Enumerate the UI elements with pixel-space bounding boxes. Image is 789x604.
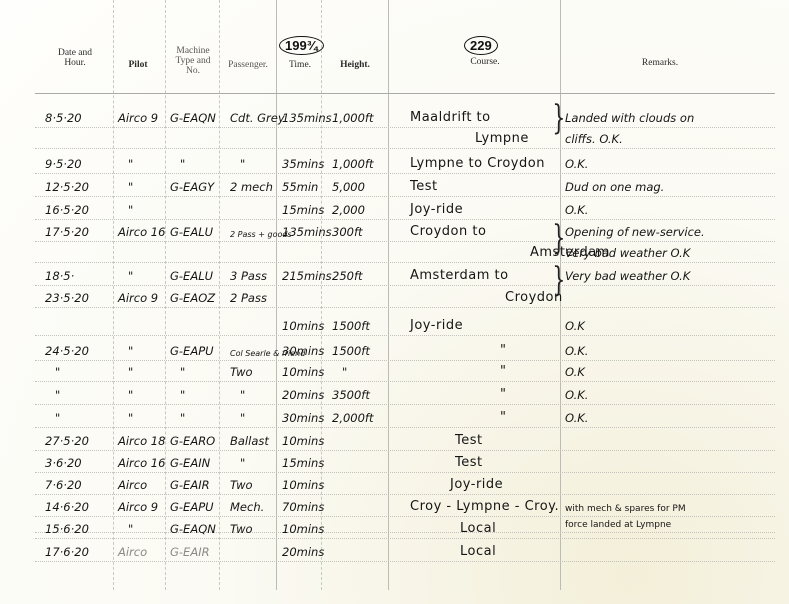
cell-pilot: Airco 9 xyxy=(118,111,158,125)
logbook-page: Date and Hour. Pilot Machine Type and No… xyxy=(0,0,789,604)
cell-time: 10mins xyxy=(282,365,324,379)
cell-passenger: 2 Pass xyxy=(230,291,267,305)
cell-pilot: " xyxy=(128,344,133,358)
cell-remarks: O.K. xyxy=(565,388,588,402)
cell-machine: G-EAQN xyxy=(170,111,216,125)
cell-remarks: Very bad weather O.K xyxy=(565,269,690,283)
header-date: Date and Hour. xyxy=(52,48,98,68)
cell-course: Test xyxy=(410,179,438,194)
cell-height: 2,000 xyxy=(332,203,365,217)
table-row: 8·5·20Airco 9G-EAQNCdt. Grey135mins1,000… xyxy=(35,107,775,128)
cell-height: 250ft xyxy=(332,269,363,283)
cell-time: 35mins xyxy=(282,157,324,171)
cell-course: Lympne xyxy=(475,131,529,146)
cell-course: Joy-ride xyxy=(450,477,503,492)
cell-remarks: O.K. xyxy=(565,203,588,217)
cell-machine: " xyxy=(180,411,185,425)
header-time: Time. xyxy=(280,60,320,70)
cell-pilot: " xyxy=(128,411,133,425)
cell-pilot: Airco 16 xyxy=(118,225,165,239)
cell-pilot: " xyxy=(128,269,133,283)
cell-date: 16·5·20 xyxy=(45,203,89,217)
cell-height: 5,000 xyxy=(332,180,365,194)
header-course: Course. xyxy=(455,57,515,67)
cell-passenger: Ballast xyxy=(230,434,269,448)
cell-remarks: O.K. xyxy=(565,344,588,358)
cell-pilot: Airco 9 xyxy=(118,291,158,305)
cell-time: 30mins xyxy=(282,344,324,358)
cell-course: Test xyxy=(455,455,483,470)
cell-machine: G-EAPU xyxy=(170,344,214,358)
cell-pilot: " xyxy=(128,388,133,402)
table-row: """Two10mins""O.K xyxy=(35,361,775,382)
cell-date: 3·6·20 xyxy=(45,456,82,470)
circled-time-total: 199¾ xyxy=(279,36,324,55)
cell-remarks: Dud on one mag. xyxy=(565,180,664,194)
header-rule xyxy=(35,93,775,94)
table-row: 9·5·20"""35mins1,000ftLympne to CroydonO… xyxy=(35,153,775,174)
cell-passenger: Cdt. Grey xyxy=(230,111,285,125)
cell-pilot: " xyxy=(128,522,133,536)
cell-remarks: Opening of new-service. xyxy=(565,225,705,239)
cell-pilot: Airco 18 xyxy=(118,434,165,448)
cell-passenger: 2 mech xyxy=(230,180,273,194)
table-row: 15·6·20"G-EAQNTwo10minsLocal xyxy=(35,518,775,539)
cell-course: Maaldrift to xyxy=(410,110,491,125)
cell-date: 24·5·20 xyxy=(45,344,89,358)
cell-machine: " xyxy=(180,157,185,171)
cell-height: 1500ft xyxy=(332,319,370,333)
cell-height: 2,000ft xyxy=(332,411,373,425)
cell-remarks: O.K. xyxy=(565,157,588,171)
cell-date: 23·5·20 xyxy=(45,291,89,305)
cell-time: 215mins xyxy=(282,269,332,283)
cell-remarks: O.K xyxy=(565,365,585,379)
cell-date: 12·5·20 xyxy=(45,180,89,194)
cell-time: 55min xyxy=(282,180,318,194)
cell-machine: G-EALU xyxy=(170,269,213,283)
cell-machine: G-EAIN xyxy=(170,456,210,470)
brace-icon: } xyxy=(552,221,565,255)
cell-course: " xyxy=(500,343,506,358)
cell-date: 17·6·20 xyxy=(45,545,89,559)
table-row: 24·5·20"G-EAPUCol Searle & friend30mins1… xyxy=(35,340,775,361)
cell-passenger: " xyxy=(240,157,245,171)
cell-course: Lympne to Croydon xyxy=(410,156,545,171)
cell-height: " xyxy=(342,365,347,379)
cell-date: 17·5·20 xyxy=(45,225,89,239)
header-machine: Machine Type and No. xyxy=(168,46,218,76)
cell-machine: " xyxy=(180,365,185,379)
cell-course: Joy-ride xyxy=(410,202,463,217)
cell-date: 18·5· xyxy=(45,269,74,283)
table-row: """"30mins2,000ft"O.K. xyxy=(35,407,775,428)
cell-remarks: Landed with clouds on xyxy=(565,111,694,125)
brace-icon: } xyxy=(552,101,565,135)
cell-time: 10mins xyxy=(282,478,324,492)
table-row: AmsterdamVery bad weather O.K xyxy=(35,242,775,263)
table-row: 27·5·20Airco 18G-EAROBallast10minsTest xyxy=(35,430,775,451)
cell-machine: G-EAOZ xyxy=(170,291,215,305)
cell-course: Joy-ride xyxy=(410,318,463,333)
cell-date: " xyxy=(55,411,60,425)
table-row: 23·5·20Airco 9G-EAOZ2 PassCroydon xyxy=(35,287,775,308)
cell-remarks: cliffs. O.K. xyxy=(565,132,623,146)
cell-passenger: " xyxy=(240,411,245,425)
table-row: 17·6·20AircoG-EAIR20minsLocal xyxy=(35,541,775,562)
cell-height: 300ft xyxy=(332,225,363,239)
table-row: 18·5·"G-EALU3 Pass215mins250ftAmsterdam … xyxy=(35,265,775,286)
cell-machine: G-EAIR xyxy=(170,478,210,492)
cell-pilot: Airco xyxy=(118,478,147,492)
cell-date: 9·5·20 xyxy=(45,157,82,171)
header-pilot: Pilot xyxy=(118,60,158,70)
cell-time: 20mins xyxy=(282,545,324,559)
cell-course: " xyxy=(500,410,506,425)
table-row: 10mins1500ftJoy-rideO.K xyxy=(35,315,775,336)
cell-time: 30mins xyxy=(282,411,324,425)
cell-time: 135mins xyxy=(282,111,332,125)
cell-course: Local xyxy=(460,521,496,536)
brace-icon: } xyxy=(552,263,565,297)
cell-machine: G-EARO xyxy=(170,434,215,448)
table-row: 16·5·20"15mins2,000Joy-rideO.K. xyxy=(35,199,775,220)
cell-course: Local xyxy=(460,544,496,559)
circled-course-total: 229 xyxy=(464,36,498,55)
table-row: 12·5·20"G-EAGY2 mech55min5,000TestDud on… xyxy=(35,176,775,197)
table-row: Lympnecliffs. O.K. xyxy=(35,128,775,149)
cell-passenger: " xyxy=(240,388,245,402)
cell-pilot: " xyxy=(128,157,133,171)
cell-course: " xyxy=(500,387,506,402)
cell-time: 135mins xyxy=(282,225,332,239)
cell-height: 1,000ft xyxy=(332,157,373,171)
cell-machine: G-EAGY xyxy=(170,180,214,194)
cell-time: 15mins xyxy=(282,456,324,470)
header-remarks: Remarks. xyxy=(620,58,700,68)
cell-machine: " xyxy=(180,388,185,402)
cell-date: " xyxy=(55,388,60,402)
cell-pilot: " xyxy=(128,180,133,194)
cell-machine: G-EAQN xyxy=(170,522,216,536)
cell-time: 10mins xyxy=(282,434,324,448)
cell-pilot: Airco 16 xyxy=(118,456,165,470)
cell-date: 27·5·20 xyxy=(45,434,89,448)
cell-time: 15mins xyxy=(282,203,324,217)
cell-date: " xyxy=(55,365,60,379)
cell-height: 1,000ft xyxy=(332,111,373,125)
cell-remarks: Very bad weather O.K xyxy=(565,246,690,260)
table-row: 3·6·20Airco 16G-EAIN"15minsTest xyxy=(35,452,775,473)
cell-machine: G-EAIR xyxy=(170,545,210,559)
cell-pilot: Airco xyxy=(118,545,147,559)
cell-course: Amsterdam to xyxy=(410,268,509,283)
header-passenger: Passenger. xyxy=(220,60,276,70)
cell-pilot: " xyxy=(128,365,133,379)
cell-date: 15·6·20 xyxy=(45,522,89,536)
cell-pilot: " xyxy=(128,203,133,217)
cell-course: Croydon to xyxy=(410,224,486,239)
cell-course: " xyxy=(500,364,506,379)
cell-time: 10mins xyxy=(282,319,324,333)
table-row: """"20mins3500ft"O.K. xyxy=(35,384,775,405)
cell-date: 8·5·20 xyxy=(45,111,82,125)
cell-remarks: O.K. xyxy=(565,411,588,425)
cell-time: 20mins xyxy=(282,388,324,402)
cell-remarks: O.K xyxy=(565,319,585,333)
table-row: 17·5·20Airco 16G-EALU2 Pass + goods135mi… xyxy=(35,221,775,242)
cell-course: Test xyxy=(455,433,483,448)
cell-passenger: " xyxy=(240,456,245,470)
cell-height: 1500ft xyxy=(332,344,370,358)
cell-passenger: Two xyxy=(230,522,253,536)
cell-passenger: Two xyxy=(230,478,253,492)
cell-time: 10mins xyxy=(282,522,324,536)
cell-date: 7·6·20 xyxy=(45,478,82,492)
cell-passenger: 3 Pass xyxy=(230,269,267,283)
table-row: 7·6·20AircoG-EAIRTwo10minsJoy-ride xyxy=(35,474,775,495)
cell-machine: G-EALU xyxy=(170,225,213,239)
cell-passenger: Two xyxy=(230,365,253,379)
cell-height: 3500ft xyxy=(332,388,370,402)
header-height: Height. xyxy=(326,60,384,70)
